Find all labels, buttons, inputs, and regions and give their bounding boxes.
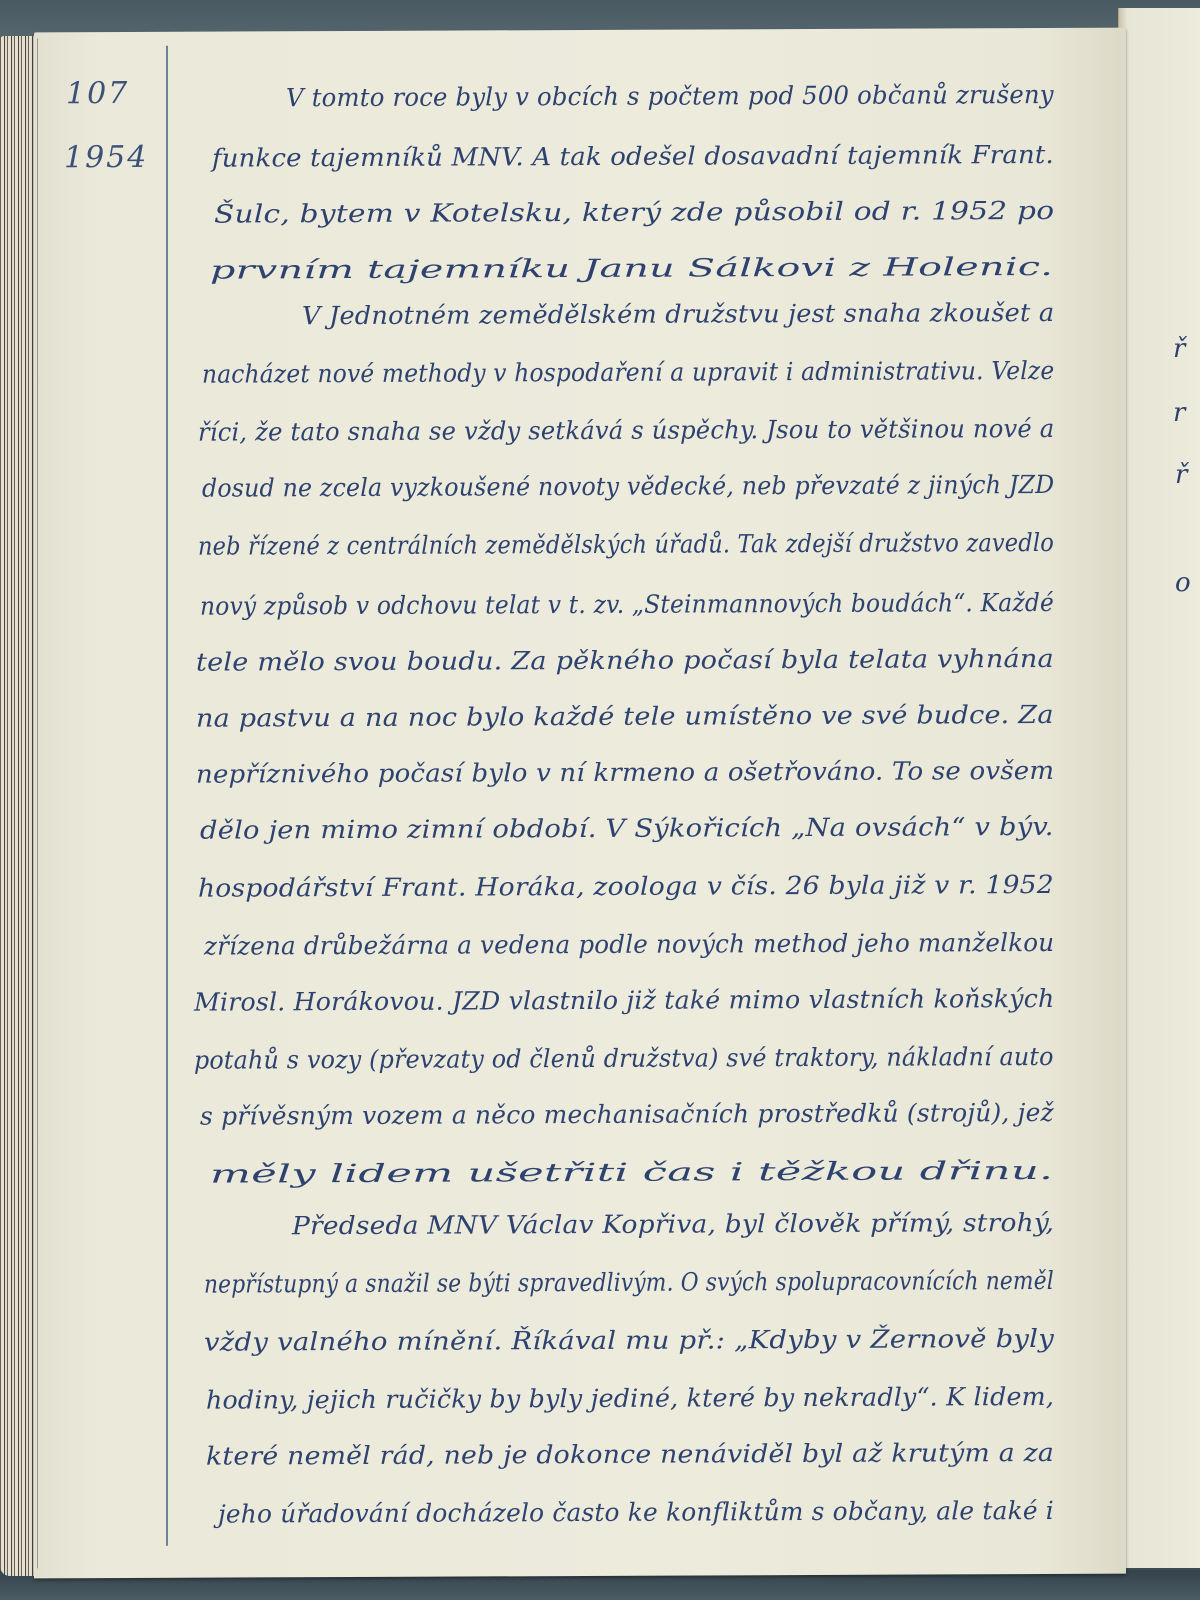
facing-fragment: ř bbox=[1173, 334, 1185, 364]
text-line: říci, že tato snaha se vždy setkává s ús… bbox=[198, 414, 1054, 447]
text-line: nepřístupný a snažil se býti spravedlivý… bbox=[204, 1266, 1054, 1299]
text-line: nepříznivého počasí bylo v ní krmeno a o… bbox=[196, 756, 1054, 789]
text-line: V tomto roce byly v obcích s počtem pod … bbox=[286, 80, 1006, 112]
facing-fragment: o bbox=[1175, 568, 1191, 598]
text-line: dosud ne zcela vyzkoušené novoty vědecké… bbox=[202, 470, 1054, 503]
text-line: prvním tajemníku Janu Sálkovi z Holenic. bbox=[210, 252, 1053, 285]
text-line: které neměl rád, neb je dokonce nenávidě… bbox=[206, 1438, 1054, 1471]
margin-rule bbox=[166, 46, 168, 1546]
text-line: vždy valného mínění. Říkával mu př.: „Kd… bbox=[204, 1324, 1054, 1357]
text-line: na pastvu a na noc bylo každé tele umíst… bbox=[196, 700, 1054, 733]
text-line: potahů s vozy (převzaty od členů družstv… bbox=[194, 1042, 1054, 1075]
text-line: nacházet nové methody v hospodaření a up… bbox=[202, 356, 1054, 389]
facing-fragment: ř bbox=[1175, 460, 1187, 490]
text-line: Šulc, bytem v Kotelsku, který zde působi… bbox=[214, 196, 1054, 229]
text-line: měly lidem ušetřiti čas i těžkou dřinu. bbox=[210, 1156, 1053, 1189]
text-line: hodiny, jejich ručičky by byly jediné, k… bbox=[206, 1382, 1054, 1415]
chronicle-page: 107 1954 V tomto roce byly v obcích s po… bbox=[34, 28, 1126, 1579]
text-line: nový způsob v odchovu telat v t. zv. „St… bbox=[200, 588, 1054, 621]
text-line: zřízena drůbežárna a vedena podle nových… bbox=[204, 928, 1054, 961]
facing-fragment: r bbox=[1173, 398, 1185, 428]
text-line: dělo jen mimo zimní období. V Sýkořicích… bbox=[200, 812, 1054, 845]
text-line: neb řízené z centrálních zemědělských úř… bbox=[198, 528, 1054, 561]
text-line: s přívěsným vozem a něco mechanisačních … bbox=[200, 1098, 1054, 1131]
text-line: tele mělo svou boudu. Za pěkného počasí … bbox=[196, 644, 1054, 677]
text-line: Předseda MNV Václav Kopřiva, byl člověk … bbox=[292, 1208, 1054, 1240]
text-line: hospodářství Frant. Horáka, zoologa v čí… bbox=[198, 870, 1054, 903]
page-inner-edge bbox=[37, 38, 38, 1568]
page-number: 107 bbox=[66, 76, 129, 111]
text-line: jeho úřadování docházelo často ke konfli… bbox=[218, 1496, 1054, 1529]
text-line: Mirosl. Horákovou. JZD vlastnilo již tak… bbox=[194, 984, 1054, 1017]
text-line: V Jednotném zemědělském družstvu jest sn… bbox=[302, 298, 1054, 330]
facing-page: ř r ř o bbox=[1118, 8, 1200, 1568]
text-line: funkce tajemníků MNV. A tak odešel dosav… bbox=[212, 140, 1054, 173]
margin-year: 1954 bbox=[64, 140, 148, 175]
